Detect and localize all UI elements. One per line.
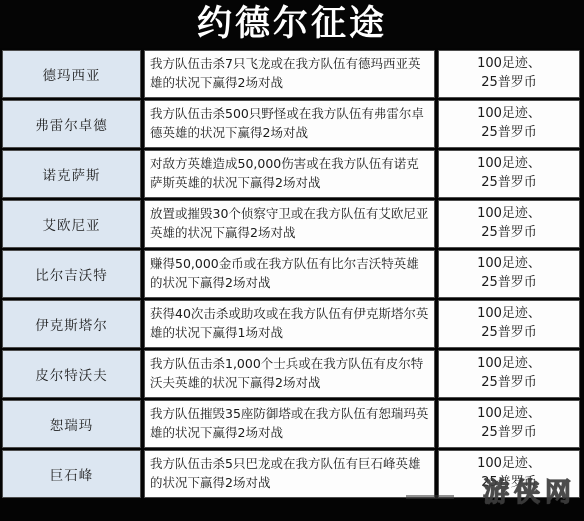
reward-cell: 100足迹、 25普罗币 [438, 250, 580, 298]
table-row: 德玛西亚 我方队伍击杀7只飞龙或在我方队伍有德玛西亚英雄的状况下赢得2场对战 1… [2, 50, 582, 98]
task-cell: 我方队伍击杀7只飞龙或在我方队伍有德玛西亚英雄的状况下赢得2场对战 [144, 50, 435, 98]
table-row: 伊克斯塔尔 获得40次击杀或助攻或在我方队伍有伊克斯塔尔英雄的状况下赢得1场对战… [2, 300, 582, 348]
reward-line: 100足迹、 [477, 205, 541, 224]
task-cell: 获得40次击杀或助攻或在我方队伍有伊克斯塔尔英雄的状况下赢得1场对战 [144, 300, 435, 348]
reward-line: 25普罗币 [481, 474, 537, 493]
region-cell: 伊克斯塔尔 [2, 300, 141, 348]
table-row: 比尔吉沃特 赚得50,000金币或在我方队伍有比尔吉沃特英雄的状况下赢得2场对战… [2, 250, 582, 298]
reward-line: 100足迹、 [477, 355, 541, 374]
reward-line: 100足迹、 [477, 155, 541, 174]
quest-table-screen: 约德尔征途 德玛西亚 我方队伍击杀7只飞龙或在我方队伍有德玛西亚英雄的状况下赢得… [0, 0, 584, 521]
reward-line: 100足迹、 [477, 405, 541, 424]
task-text: 我方队伍摧毁35座防御塔或在我方队伍有恕瑞玛英雄的状况下赢得2场对战 [150, 405, 430, 443]
table-row: 恕瑞玛 我方队伍摧毁35座防御塔或在我方队伍有恕瑞玛英雄的状况下赢得2场对战 1… [2, 400, 582, 448]
task-cell: 对敌方英雄造成50,000伤害或在我方队伍有诺克萨斯英雄的状况下赢得2场对战 [144, 150, 435, 198]
reward-line: 100足迹、 [477, 55, 541, 74]
task-text: 我方队伍击杀1,000个士兵或在我方队伍有皮尔特沃夫英雄的状况下赢得2场对战 [150, 355, 430, 393]
reward-line: 25普罗币 [481, 224, 537, 243]
task-text: 获得40次击杀或助攻或在我方队伍有伊克斯塔尔英雄的状况下赢得1场对战 [150, 305, 430, 343]
reward-line: 100足迹、 [477, 455, 541, 474]
reward-line: 25普罗币 [481, 274, 537, 293]
task-cell: 我方队伍击杀5只巴龙或在我方队伍有巨石峰英雄的状况下赢得2场对战 [144, 450, 435, 498]
reward-line: 25普罗币 [481, 324, 537, 343]
task-cell: 放置或摧毁30个侦察守卫或在我方队伍有艾欧尼亚英雄的状况下赢得2场对战 [144, 200, 435, 248]
reward-line: 100足迹、 [477, 255, 541, 274]
region-cell: 巨石峰 [2, 450, 141, 498]
region-cell: 皮尔特沃夫 [2, 350, 141, 398]
task-text: 我方队伍击杀500只野怪或在我方队伍有弗雷尔卓德英雄的状况下赢得2场对战 [150, 105, 430, 143]
reward-cell: 100足迹、 25普罗币 [438, 50, 580, 98]
reward-line: 25普罗币 [481, 74, 537, 93]
reward-line: 100足迹、 [477, 305, 541, 324]
table-row: 弗雷尔卓德 我方队伍击杀500只野怪或在我方队伍有弗雷尔卓德英雄的状况下赢得2场… [2, 100, 582, 148]
region-cell: 弗雷尔卓德 [2, 100, 141, 148]
region-cell: 恕瑞玛 [2, 400, 141, 448]
task-cell: 赚得50,000金币或在我方队伍有比尔吉沃特英雄的状况下赢得2场对战 [144, 250, 435, 298]
region-cell: 诺克萨斯 [2, 150, 141, 198]
page-title: 约德尔征途 [197, 7, 387, 42]
task-cell: 我方队伍摧毁35座防御塔或在我方队伍有恕瑞玛英雄的状况下赢得2场对战 [144, 400, 435, 448]
reward-line: 25普罗币 [481, 124, 537, 143]
reward-cell: 100足迹、 25普罗币 [438, 100, 580, 148]
task-text: 对敌方英雄造成50,000伤害或在我方队伍有诺克萨斯英雄的状况下赢得2场对战 [150, 155, 430, 193]
reward-cell: 100足迹、 25普罗币 [438, 350, 580, 398]
table-row: 艾欧尼亚 放置或摧毁30个侦察守卫或在我方队伍有艾欧尼亚英雄的状况下赢得2场对战… [2, 200, 582, 248]
region-cell: 艾欧尼亚 [2, 200, 141, 248]
task-text: 我方队伍击杀5只巴龙或在我方队伍有巨石峰英雄的状况下赢得2场对战 [150, 455, 430, 493]
task-text: 赚得50,000金币或在我方队伍有比尔吉沃特英雄的状况下赢得2场对战 [150, 255, 430, 293]
reward-line: 25普罗币 [481, 424, 537, 443]
reward-cell: 100足迹、 25普罗币 [438, 400, 580, 448]
reward-cell: 100足迹、 25普罗币 [438, 450, 580, 498]
reward-line: 100足迹、 [477, 105, 541, 124]
reward-line: 25普罗币 [481, 374, 537, 393]
task-cell: 我方队伍击杀1,000个士兵或在我方队伍有皮尔特沃夫英雄的状况下赢得2场对战 [144, 350, 435, 398]
reward-cell: 100足迹、 25普罗币 [438, 150, 580, 198]
reward-cell: 100足迹、 25普罗币 [438, 300, 580, 348]
table-row: 皮尔特沃夫 我方队伍击杀1,000个士兵或在我方队伍有皮尔特沃夫英雄的状况下赢得… [2, 350, 582, 398]
reward-line: 25普罗币 [481, 174, 537, 193]
quest-table: 德玛西亚 我方队伍击杀7只飞龙或在我方队伍有德玛西亚英雄的状况下赢得2场对战 1… [0, 48, 584, 498]
title-bar: 约德尔征途 [0, 0, 584, 48]
task-text: 我方队伍击杀7只飞龙或在我方队伍有德玛西亚英雄的状况下赢得2场对战 [150, 55, 430, 93]
reward-cell: 100足迹、 25普罗币 [438, 200, 580, 248]
region-cell: 德玛西亚 [2, 50, 141, 98]
region-cell: 比尔吉沃特 [2, 250, 141, 298]
table-row: 诺克萨斯 对敌方英雄造成50,000伤害或在我方队伍有诺克萨斯英雄的状况下赢得2… [2, 150, 582, 198]
task-text: 放置或摧毁30个侦察守卫或在我方队伍有艾欧尼亚英雄的状况下赢得2场对战 [150, 205, 430, 243]
task-cell: 我方队伍击杀500只野怪或在我方队伍有弗雷尔卓德英雄的状况下赢得2场对战 [144, 100, 435, 148]
table-row: 巨石峰 我方队伍击杀5只巴龙或在我方队伍有巨石峰英雄的状况下赢得2场对战 100… [2, 450, 582, 498]
